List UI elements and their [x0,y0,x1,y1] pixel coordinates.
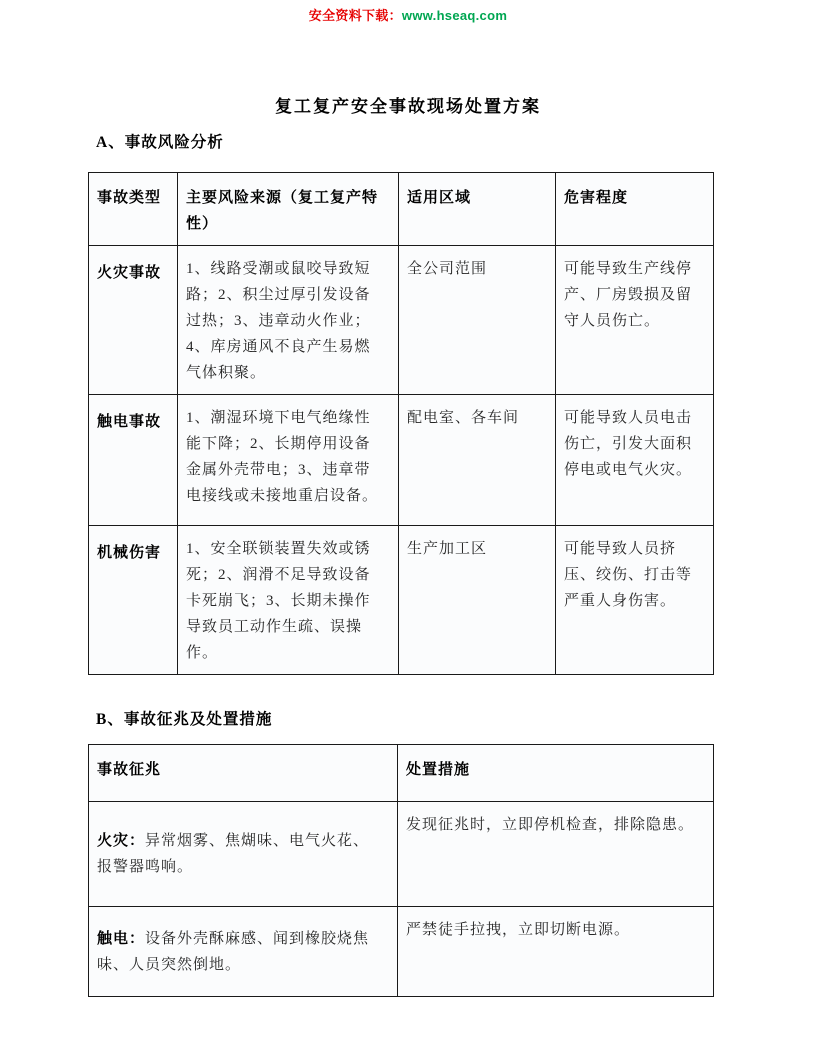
table-row: 机械伤害 1、安全联锁装置失效或锈死；2、润滑不足导致设备卡死崩飞；3、长期未操… [89,526,714,675]
watermark-header: 安全资料下载：www.hseaq.com [0,0,816,24]
risk-analysis-table: 事故类型 主要风险来源（复工复产特性） 适用区域 危害程度 火灾事故 1、线路受… [88,172,714,675]
table-row: 触电事故 1、潮湿环境下电气绝缘性能下降；2、长期停用设备金属外壳带电；3、违章… [89,395,714,526]
table-header-row: 事故类型 主要风险来源（复工复产特性） 适用区域 危害程度 [89,173,714,246]
watermark-label: 安全资料下载： [309,8,402,23]
col-header-risk-source: 主要风险来源（复工复产特性） [178,173,399,246]
signs-measures-table: 事故征兆 处置措施 火灾：异常烟雾、焦煳味、电气火花、报警器鸣响。 发现征兆时，… [88,744,714,997]
hazard-level-cell: 可能导致人员挤压、绞伤、打击等严重人身伤害。 [556,526,714,675]
accident-type-cell: 触电事故 [89,395,178,526]
col-header-applicable-area: 适用区域 [399,173,556,246]
table-row: 火灾：异常烟雾、焦煳味、电气火花、报警器鸣响。 发现征兆时，立即停机检查，排除隐… [89,802,714,907]
risk-source-cell: 1、潮湿环境下电气绝缘性能下降；2、长期停用设备金属外壳带电；3、违章带电接线或… [178,395,399,526]
accident-sign-cell: 触电：设备外壳酥麻感、闻到橡胶烧焦味、人员突然倒地。 [89,907,398,997]
applicable-area-cell: 生产加工区 [399,526,556,675]
col-header-hazard-level: 危害程度 [556,173,714,246]
table-header-row: 事故征兆 处置措施 [89,745,714,802]
risk-source-cell: 1、安全联锁装置失效或锈死；2、润滑不足导致设备卡死崩飞；3、长期未操作导致员工… [178,526,399,675]
col-header-disposal-measure: 处置措施 [398,745,714,802]
col-header-accident-sign: 事故征兆 [89,745,398,802]
accident-type-cell: 机械伤害 [89,526,178,675]
hazard-level-cell: 可能导致人员电击伤亡，引发大面积停电或电气火灾。 [556,395,714,526]
watermark-url: www.hseaq.com [402,8,507,23]
accident-sign-cell: 火灾：异常烟雾、焦煳味、电气火花、报警器鸣响。 [89,802,398,907]
sign-label: 触电： [97,931,145,947]
sign-label: 火灾： [97,833,145,849]
document-page: 安全资料下载：www.hseaq.com 复工复产安全事故现场处置方案 A、事故… [0,0,816,1056]
applicable-area-cell: 全公司范围 [399,246,556,395]
col-header-accident-type: 事故类型 [89,173,178,246]
section-a-heading: A、事故风险分析 [96,133,816,153]
risk-source-cell: 1、线路受潮或鼠咬导致短路；2、积尘过厚引发设备过热；3、违章动火作业；4、库房… [178,246,399,395]
table-row: 火灾事故 1、线路受潮或鼠咬导致短路；2、积尘过厚引发设备过热；3、违章动火作业… [89,246,714,395]
disposal-measure-cell: 严禁徒手拉拽，立即切断电源。 [398,907,714,997]
document-title: 复工复产安全事故现场处置方案 [0,96,816,118]
section-b-heading: B、事故征兆及处置措施 [96,710,816,730]
accident-type-cell: 火灾事故 [89,246,178,395]
table-row: 触电：设备外壳酥麻感、闻到橡胶烧焦味、人员突然倒地。 严禁徒手拉拽，立即切断电源… [89,907,714,997]
disposal-measure-cell: 发现征兆时，立即停机检查，排除隐患。 [398,802,714,907]
applicable-area-cell: 配电室、各车间 [399,395,556,526]
hazard-level-cell: 可能导致生产线停产、厂房毁损及留守人员伤亡。 [556,246,714,395]
